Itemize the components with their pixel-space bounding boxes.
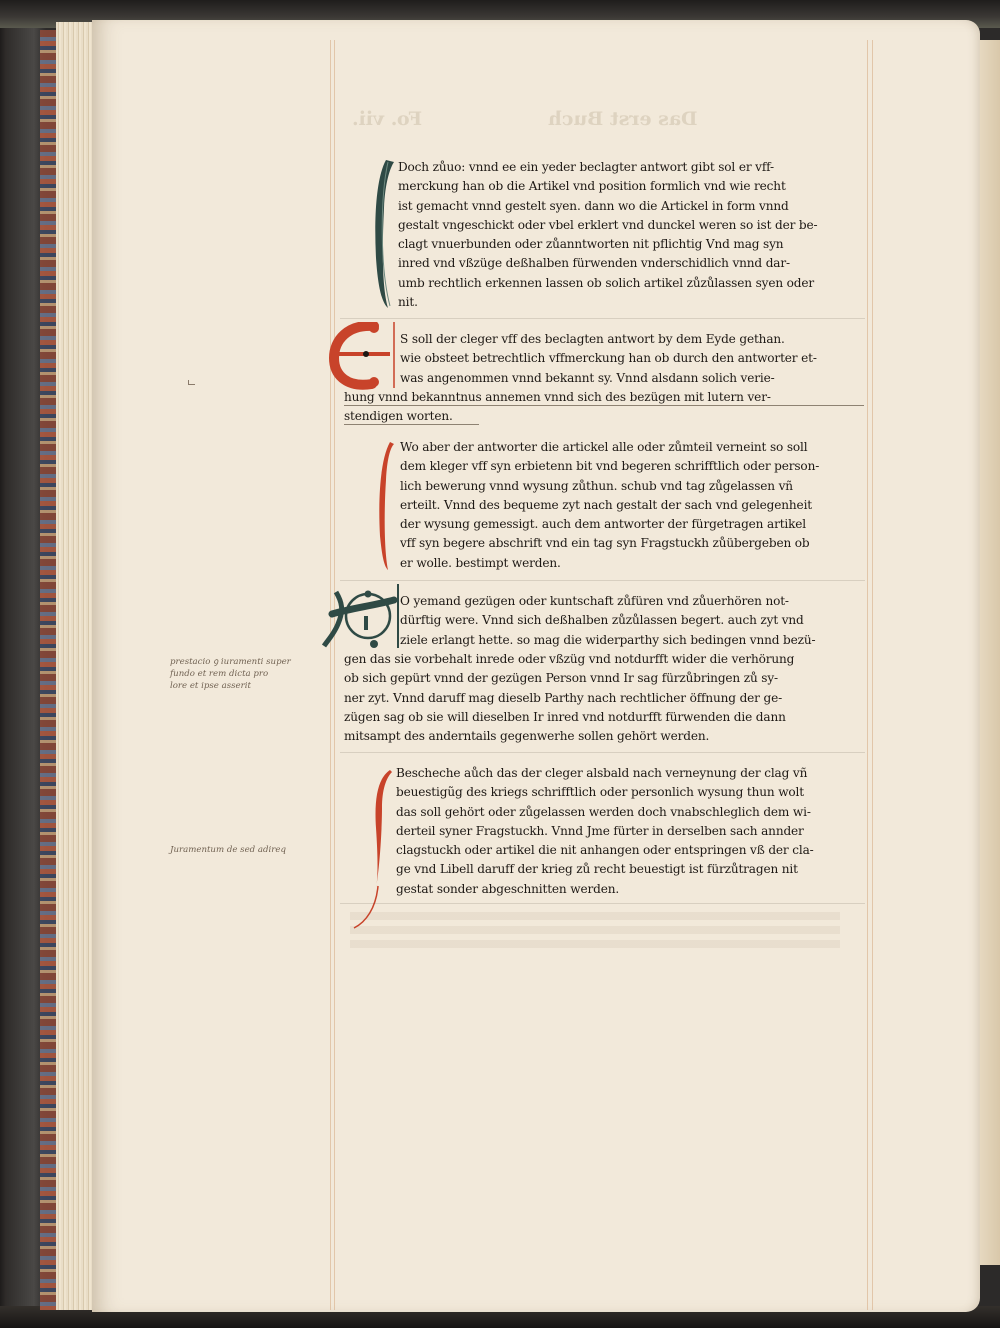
paragraph-line: zügen sag ob sie will dieselben Ir inred… — [344, 708, 794, 727]
running-head-bleedthrough-right: Fo. vii. — [352, 108, 422, 130]
paragraph-line: Wo aber der antworter die artickel alle … — [400, 438, 819, 457]
paragraph-line: Doch zůuo: vnnd ee ein yeder beclagter a… — [398, 158, 817, 177]
paragraph-5: Bescheche aůch das der cleger alsbald na… — [396, 764, 814, 899]
paragraph-line: das soll gehört oder zůgelassen werden d… — [396, 803, 814, 822]
initial-e-red-icon — [328, 322, 400, 390]
paragraph-line: dürftig were. Vnnd sich deßhalben zůzůla… — [400, 611, 815, 630]
paragraph-line: dem kleger vff syn erbietenn bit vnd beg… — [400, 457, 819, 476]
marginal-note-line: Juramentum de sed adireq — [170, 844, 286, 856]
paragraph-line: inred vnd vßzüge deßhalben fürwenden vnd… — [398, 254, 817, 273]
ruling-line-right — [867, 40, 868, 1310]
initial-w-red-icon — [374, 440, 396, 572]
paragraph-line: S soll der cleger vff des beclagten antw… — [400, 330, 817, 349]
underline — [344, 424, 479, 425]
paragraph-line: clagt vnuerbunden oder zůanntworten nit … — [398, 235, 817, 254]
pencil-mark — [188, 380, 195, 385]
paragraph-separator — [340, 580, 865, 581]
paragraph-line: gen das sie vorbehalt inrede oder vßzüg … — [344, 650, 794, 669]
paragraph-1: Doch zůuo: vnnd ee ein yeder beclagter a… — [398, 158, 817, 312]
initial-b-red-icon — [352, 768, 396, 932]
ruling-line-right-outer — [872, 40, 873, 1310]
paragraph-line: erteilt. Vnnd des bequeme zyt nach gesta… — [400, 496, 819, 515]
marbled-endpaper-edge — [40, 30, 56, 1310]
paragraph-line: gestalt vngeschickt oder vbel erklert vn… — [398, 216, 817, 235]
paragraph-2: S soll der cleger vff des beclagten antw… — [400, 330, 817, 388]
paragraph-line: O yemand gezügen oder kuntschaft zůfüren… — [400, 592, 815, 611]
paragraph-line: ist gemacht vnnd gestelt syen. dann wo d… — [398, 197, 817, 216]
initial-s-green-icon — [322, 584, 400, 650]
paragraph-line: derteil syner Fragstuckh. Vnnd Jme fürte… — [396, 822, 814, 841]
paragraph-separator — [340, 318, 865, 319]
underline — [344, 405, 864, 406]
paragraph-line: ge vnd Libell daruff der krieg zů recht … — [396, 860, 814, 879]
paragraph-line: wie obsteet betrechtlich vffmerckung han… — [400, 349, 817, 368]
marginal-note-line: lore et ipse asserit — [170, 680, 291, 692]
paragraph-line: beuestigũg des kriegs schrifftlich oder … — [396, 783, 814, 802]
paragraph-line: Bescheche aůch das der cleger alsbald na… — [396, 764, 814, 783]
marginal-note-line: fundo et rem dicta pro — [170, 668, 291, 680]
paragraph-line: gestat sonder abgeschnitten werden. — [396, 880, 814, 899]
paragraph-line: lich bewerung vnnd wysung zůthun. schub … — [400, 477, 819, 496]
paragraph-line: vff syn begere abschrift vnd ein tag syn… — [400, 534, 819, 553]
paragraph-4-cont: gen das sie vorbehalt inrede oder vßzüg … — [344, 650, 794, 746]
paragraph-line: ob sich gepürt vnnd der gezügen Person v… — [344, 669, 794, 688]
paragraph-separator — [340, 903, 865, 904]
marginal-note-1: prestacio ꝯ iuramenti super fundo et rem… — [170, 656, 291, 692]
paragraph-line: ner zyt. Vnnd daruff mag dieselb Parthy … — [344, 689, 794, 708]
paragraph-2-cont: hung vnnd bekanntnus annemen vnnd sich d… — [344, 388, 771, 427]
marginal-note-line: prestacio ꝯ iuramenti super — [170, 656, 291, 668]
paragraph-separator — [340, 752, 865, 753]
paragraph-line: clagstuckh oder artikel die nit anhangen… — [396, 841, 814, 860]
paragraph-4: O yemand gezügen oder kuntschaft zůfüren… — [400, 592, 815, 650]
stacked-page-edges — [56, 22, 96, 1310]
paragraph-line: ziele erlangt hette. so mag die widerpar… — [400, 631, 815, 650]
paragraph-line: der wysung gemessigt. auch dem antworter… — [400, 515, 819, 534]
paragraph-line: umb rechtlich erkennen lassen ob solich … — [398, 274, 817, 293]
marginal-note-2: Juramentum de sed adireq — [170, 844, 286, 856]
ruling-line-left — [330, 40, 331, 1310]
paragraph-line: mitsampt des anderntails gegenwerhe soll… — [344, 727, 794, 746]
running-head-bleedthrough-left: Das erst Buch — [548, 108, 698, 130]
ruling-line-left-inner — [334, 40, 335, 1310]
paragraph-3: Wo aber der antworter die artickel alle … — [400, 438, 819, 573]
paragraph-line: er wolle. bestimpt werden. — [400, 554, 819, 573]
text-bleedthrough — [350, 912, 840, 952]
paragraph-line: merckung han ob die Artikel vnd position… — [398, 177, 817, 196]
paragraph-line: nit. — [398, 293, 817, 312]
paragraph-line: was angenommen vnnd bekannt sy. Vnnd als… — [400, 369, 817, 388]
initial-d-green-icon — [372, 158, 398, 310]
